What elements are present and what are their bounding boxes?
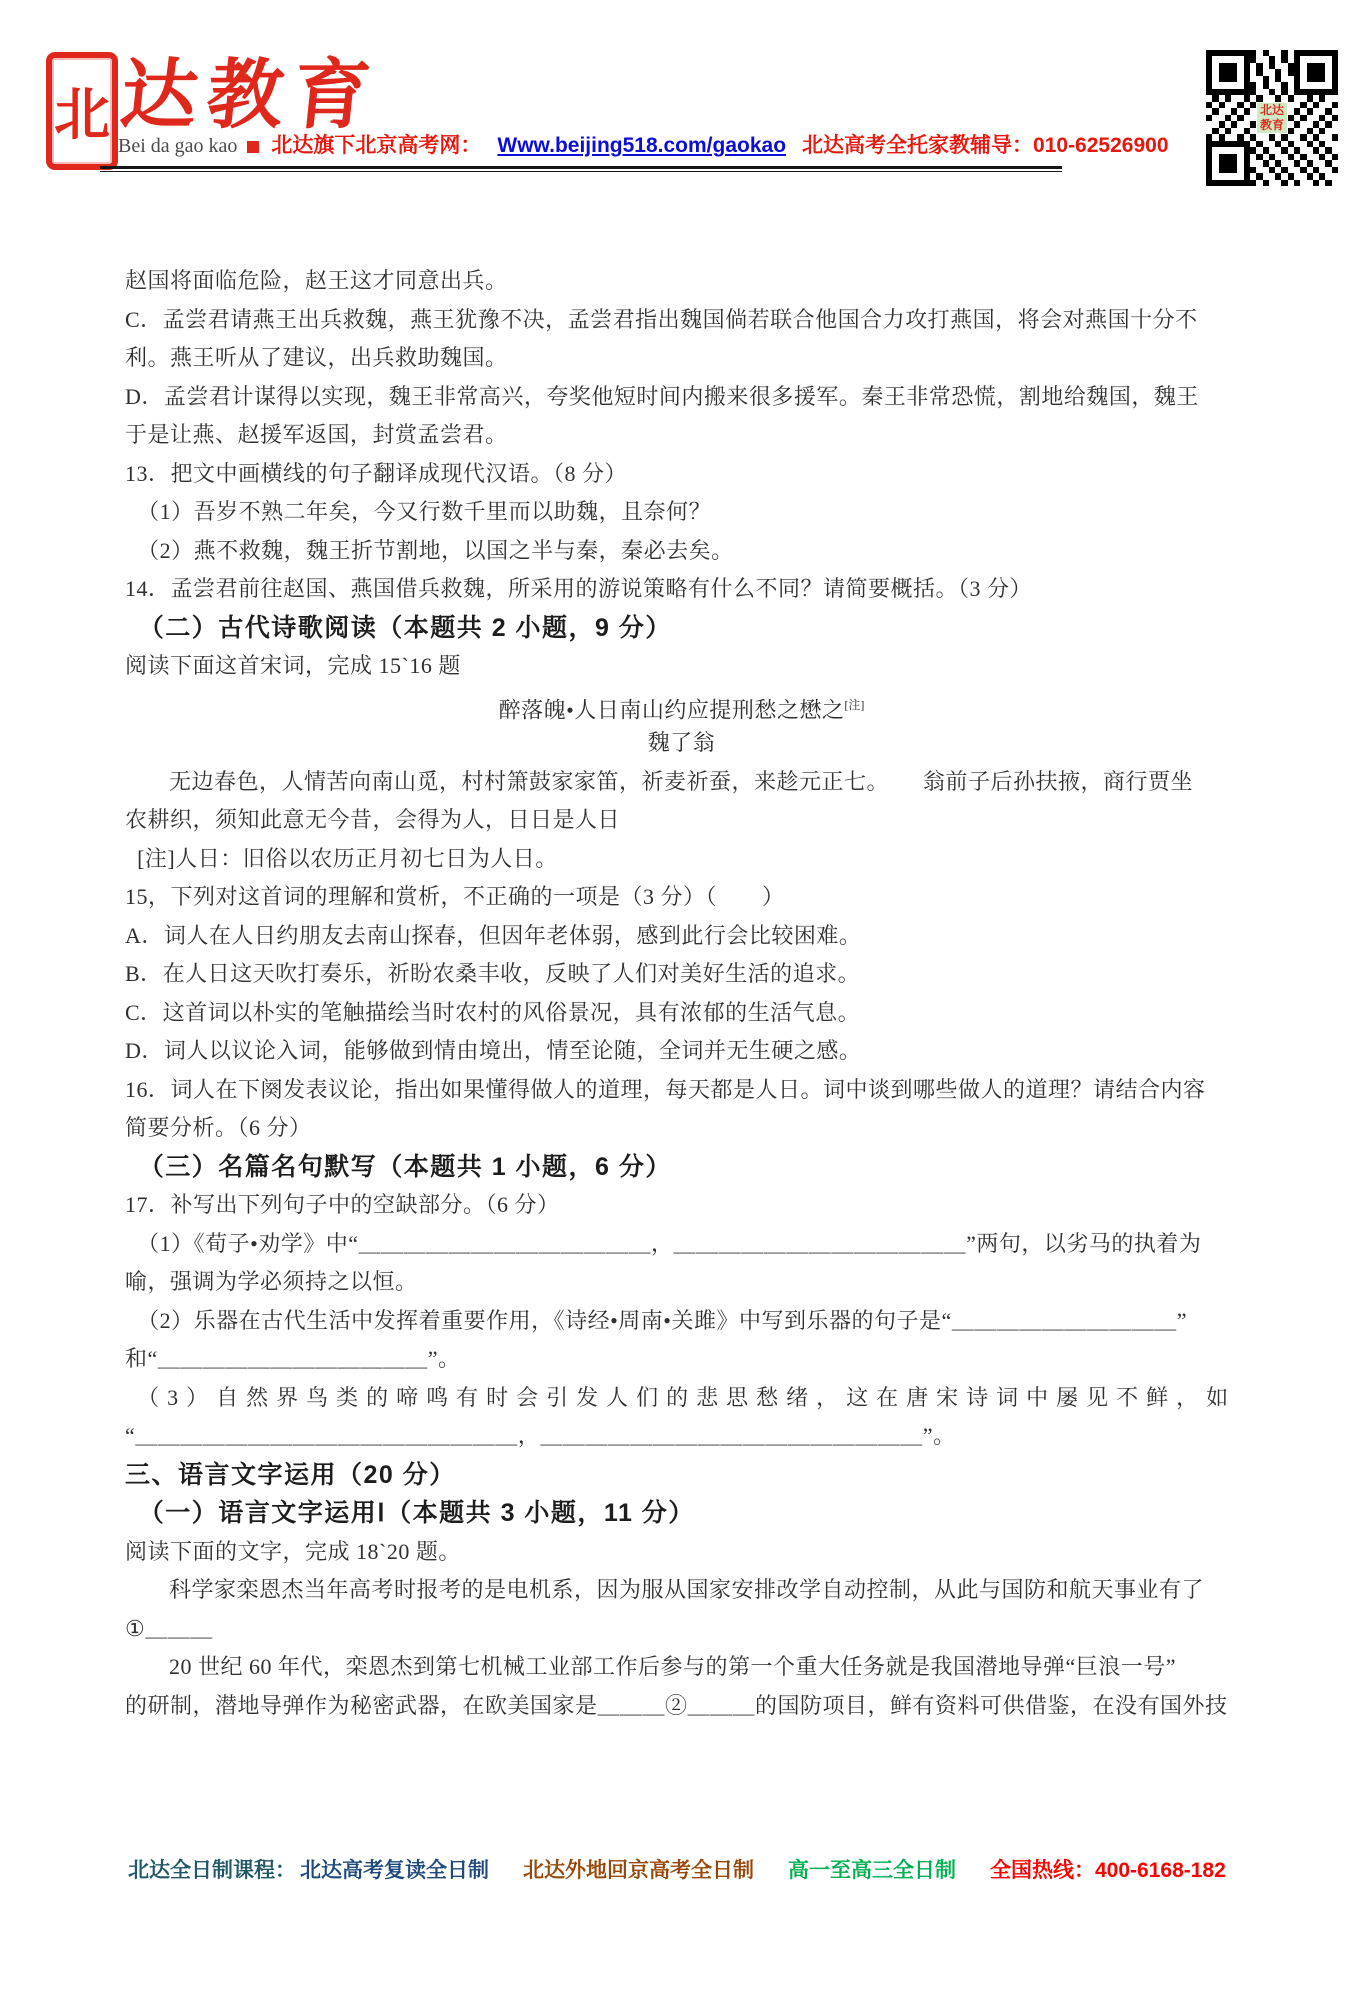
- section-heading: （一）语言文字运用Ⅰ（本题共 3 小题，11 分）: [125, 1494, 1238, 1533]
- logo-text: 达教育: [116, 34, 385, 143]
- option-line: C．这首词以朴实的笔触描绘当时农村的风俗景况，具有浓郁的生活气息。: [125, 994, 1238, 1033]
- passage-line: 科学家栾恩杰当年高考时报考的是电机系，因为服从国家安排改学自动控制，从此与国防和…: [125, 1571, 1238, 1610]
- logo-seal-char: 北: [54, 71, 110, 151]
- option-line: D．孟尝君计谋得以实现，魏王非常高兴，夸奖他短时间内搬来很多援军。秦王非常恐慌，…: [125, 378, 1238, 417]
- option-line: 于是让燕、赵援军返国，封赏孟尝君。: [125, 416, 1238, 455]
- fill-blank-line: ①＿＿＿: [125, 1610, 1238, 1649]
- instruction-line: 阅读下面这首宋词，完成 15`16 题: [125, 647, 1238, 686]
- question-line: 16．词人在下阕发表议论，指出如果懂得做人的道理，每天都是人日。词中谈到哪些做人…: [125, 1071, 1238, 1110]
- page-footer: 北达全日制课程：北达高考复读全日制北达外地回京高考全日制高一至高三全日制全国热线…: [128, 1854, 1308, 1884]
- footer-segment: 北达外地回京高考全日制: [523, 1859, 754, 1882]
- qr-code-icon: 北达教育: [1206, 50, 1338, 186]
- exam-page: 北 达教育 Bei da gao kao北达旗下北京高考网：Www.beijin…: [0, 0, 1358, 2008]
- instruction-line: 阅读下面的文字，完成 18`20 题。: [125, 1533, 1238, 1572]
- question-line: （2）燕不救魏，魏王折节割地，以国之半与秦，秦必去矣。: [125, 532, 1238, 571]
- fill-blank-line: 和“＿＿＿＿＿＿＿＿＿＿＿＿”。: [125, 1340, 1238, 1379]
- option-line: B．在人日这天吹打奏乐，祈盼农桑丰收，反映了人们对美好生活的追求。: [125, 955, 1238, 994]
- fill-blank-line: 喻，强调为学必须持之以恒。: [125, 1263, 1238, 1302]
- option-line: 赵国将面临危险，赵王这才同意出兵。: [125, 262, 1238, 301]
- section-heading: （三）名篇名句默写（本题共 1 小题，6 分）: [125, 1148, 1238, 1187]
- note-reference: [注]: [844, 698, 864, 712]
- fill-blank-line: （1）《荀子•劝学》中“＿＿＿＿＿＿＿＿＿＿＿＿＿，＿＿＿＿＿＿＿＿＿＿＿＿＿”…: [125, 1225, 1238, 1264]
- question-line: （1）吾岁不熟二年矣，今又行数千里而以助魏，且奈何？: [125, 493, 1238, 532]
- tagline-site-label: 北达旗下北京高考网：: [271, 134, 481, 157]
- footer-segment: 高一至高三全日制: [788, 1859, 956, 1882]
- passage-line: 的研制，潜地导弹作为秘密武器，在欧美国家是＿＿＿②＿＿＿的国防项目，鲜有资料可供…: [125, 1687, 1238, 1726]
- poem-text: 农耕织，须知此意无今昔，会得为人，日日是人日: [125, 801, 1238, 840]
- poem-text: 无边春色，人情苦向南山觅，村村箫鼓家家笛，祈麦祈蚕，来趁元正七。 翁前子后孙扶掖…: [125, 763, 1238, 802]
- question-line: 14．孟尝君前往赵国、燕国借兵救魏，所采用的游说策略有什么不同？请简要概括。（3…: [125, 570, 1238, 609]
- tagline-tutor-label: 北达高考全托家教辅导：010-62526900: [802, 134, 1168, 157]
- note-line: [注]人日：旧俗以农历正月初七日为人日。: [125, 840, 1238, 879]
- header-tagline: Bei da gao kao北达旗下北京高考网：Www.beijing518.c…: [118, 129, 1169, 159]
- header-divider: [100, 166, 1062, 172]
- question-line: 13．把文中画横线的句子翻译成现代汉语。（8 分）: [125, 455, 1238, 494]
- section-heading: （二）古代诗歌阅读（本题共 2 小题，9 分）: [125, 609, 1238, 648]
- fill-blank-line: （2）乐器在古代生活中发挥着重要作用，《诗经•周南•关雎》中写到乐器的句子是“＿…: [125, 1302, 1238, 1341]
- footer-segment: 北达高考复读全日制: [300, 1859, 489, 1882]
- question-line: 15，下列对这首词的理解和赏析，不正确的一项是（3 分）（ ）: [125, 878, 1238, 917]
- logo-pinyin: Bei da gao kao: [118, 135, 237, 157]
- option-line: C．孟尝君请燕王出兵救魏，燕王犹豫不决，孟尝君指出魏国倘若联合他国合力攻打燕国，…: [125, 301, 1238, 340]
- logo-seal-icon: 北: [46, 52, 118, 170]
- question-line: 简要分析。（6 分）: [125, 1109, 1238, 1148]
- option-line: A．词人在人日约朋友去南山探春，但因年老体弱，感到此行会比较困难。: [125, 917, 1238, 956]
- fill-blank-line: “＿＿＿＿＿＿＿＿＿＿＿＿＿＿＿＿＿，＿＿＿＿＿＿＿＿＿＿＿＿＿＿＿＿＿”。: [125, 1417, 1238, 1456]
- poem-title: 醉落魄•人日南山约应提刑愁之懋之[注]: [125, 686, 1238, 725]
- footer-segment: 全国热线：400-6168-182: [990, 1859, 1226, 1882]
- poem-author: 魏了翁: [125, 724, 1238, 763]
- passage-line: 20 世纪 60 年代，栾恩杰到第七机械工业部工作后参与的第一个重大任务就是我国…: [125, 1648, 1238, 1687]
- gaokao-site-link[interactable]: Www.beijing518.com/gaokao: [497, 134, 786, 157]
- document-body: 赵国将面临危险，赵王这才同意出兵。C．孟尝君请燕王出兵救魏，燕王犹豫不决，孟尝君…: [125, 262, 1238, 1725]
- option-line: D．词人以议论入词，能够做到情由境出，情至论随，全词并无生硬之感。: [125, 1032, 1238, 1071]
- qr-center-label: 北达教育: [1257, 103, 1287, 133]
- fill-blank-line: （3）自然界鸟类的啼鸣有时会引发人们的悲思愁绪，这在唐宋诗词中屡见不鲜，如: [125, 1379, 1238, 1418]
- section-heading: 三、语言文字运用（20 分）: [125, 1456, 1238, 1495]
- question-line: 17．补写出下列句子中的空缺部分。（6 分）: [125, 1186, 1238, 1225]
- red-square-icon: [247, 141, 259, 153]
- option-line: 利。燕王听从了建议，出兵救助魏国。: [125, 339, 1238, 378]
- footer-segment: 北达全日制课程：: [128, 1859, 296, 1882]
